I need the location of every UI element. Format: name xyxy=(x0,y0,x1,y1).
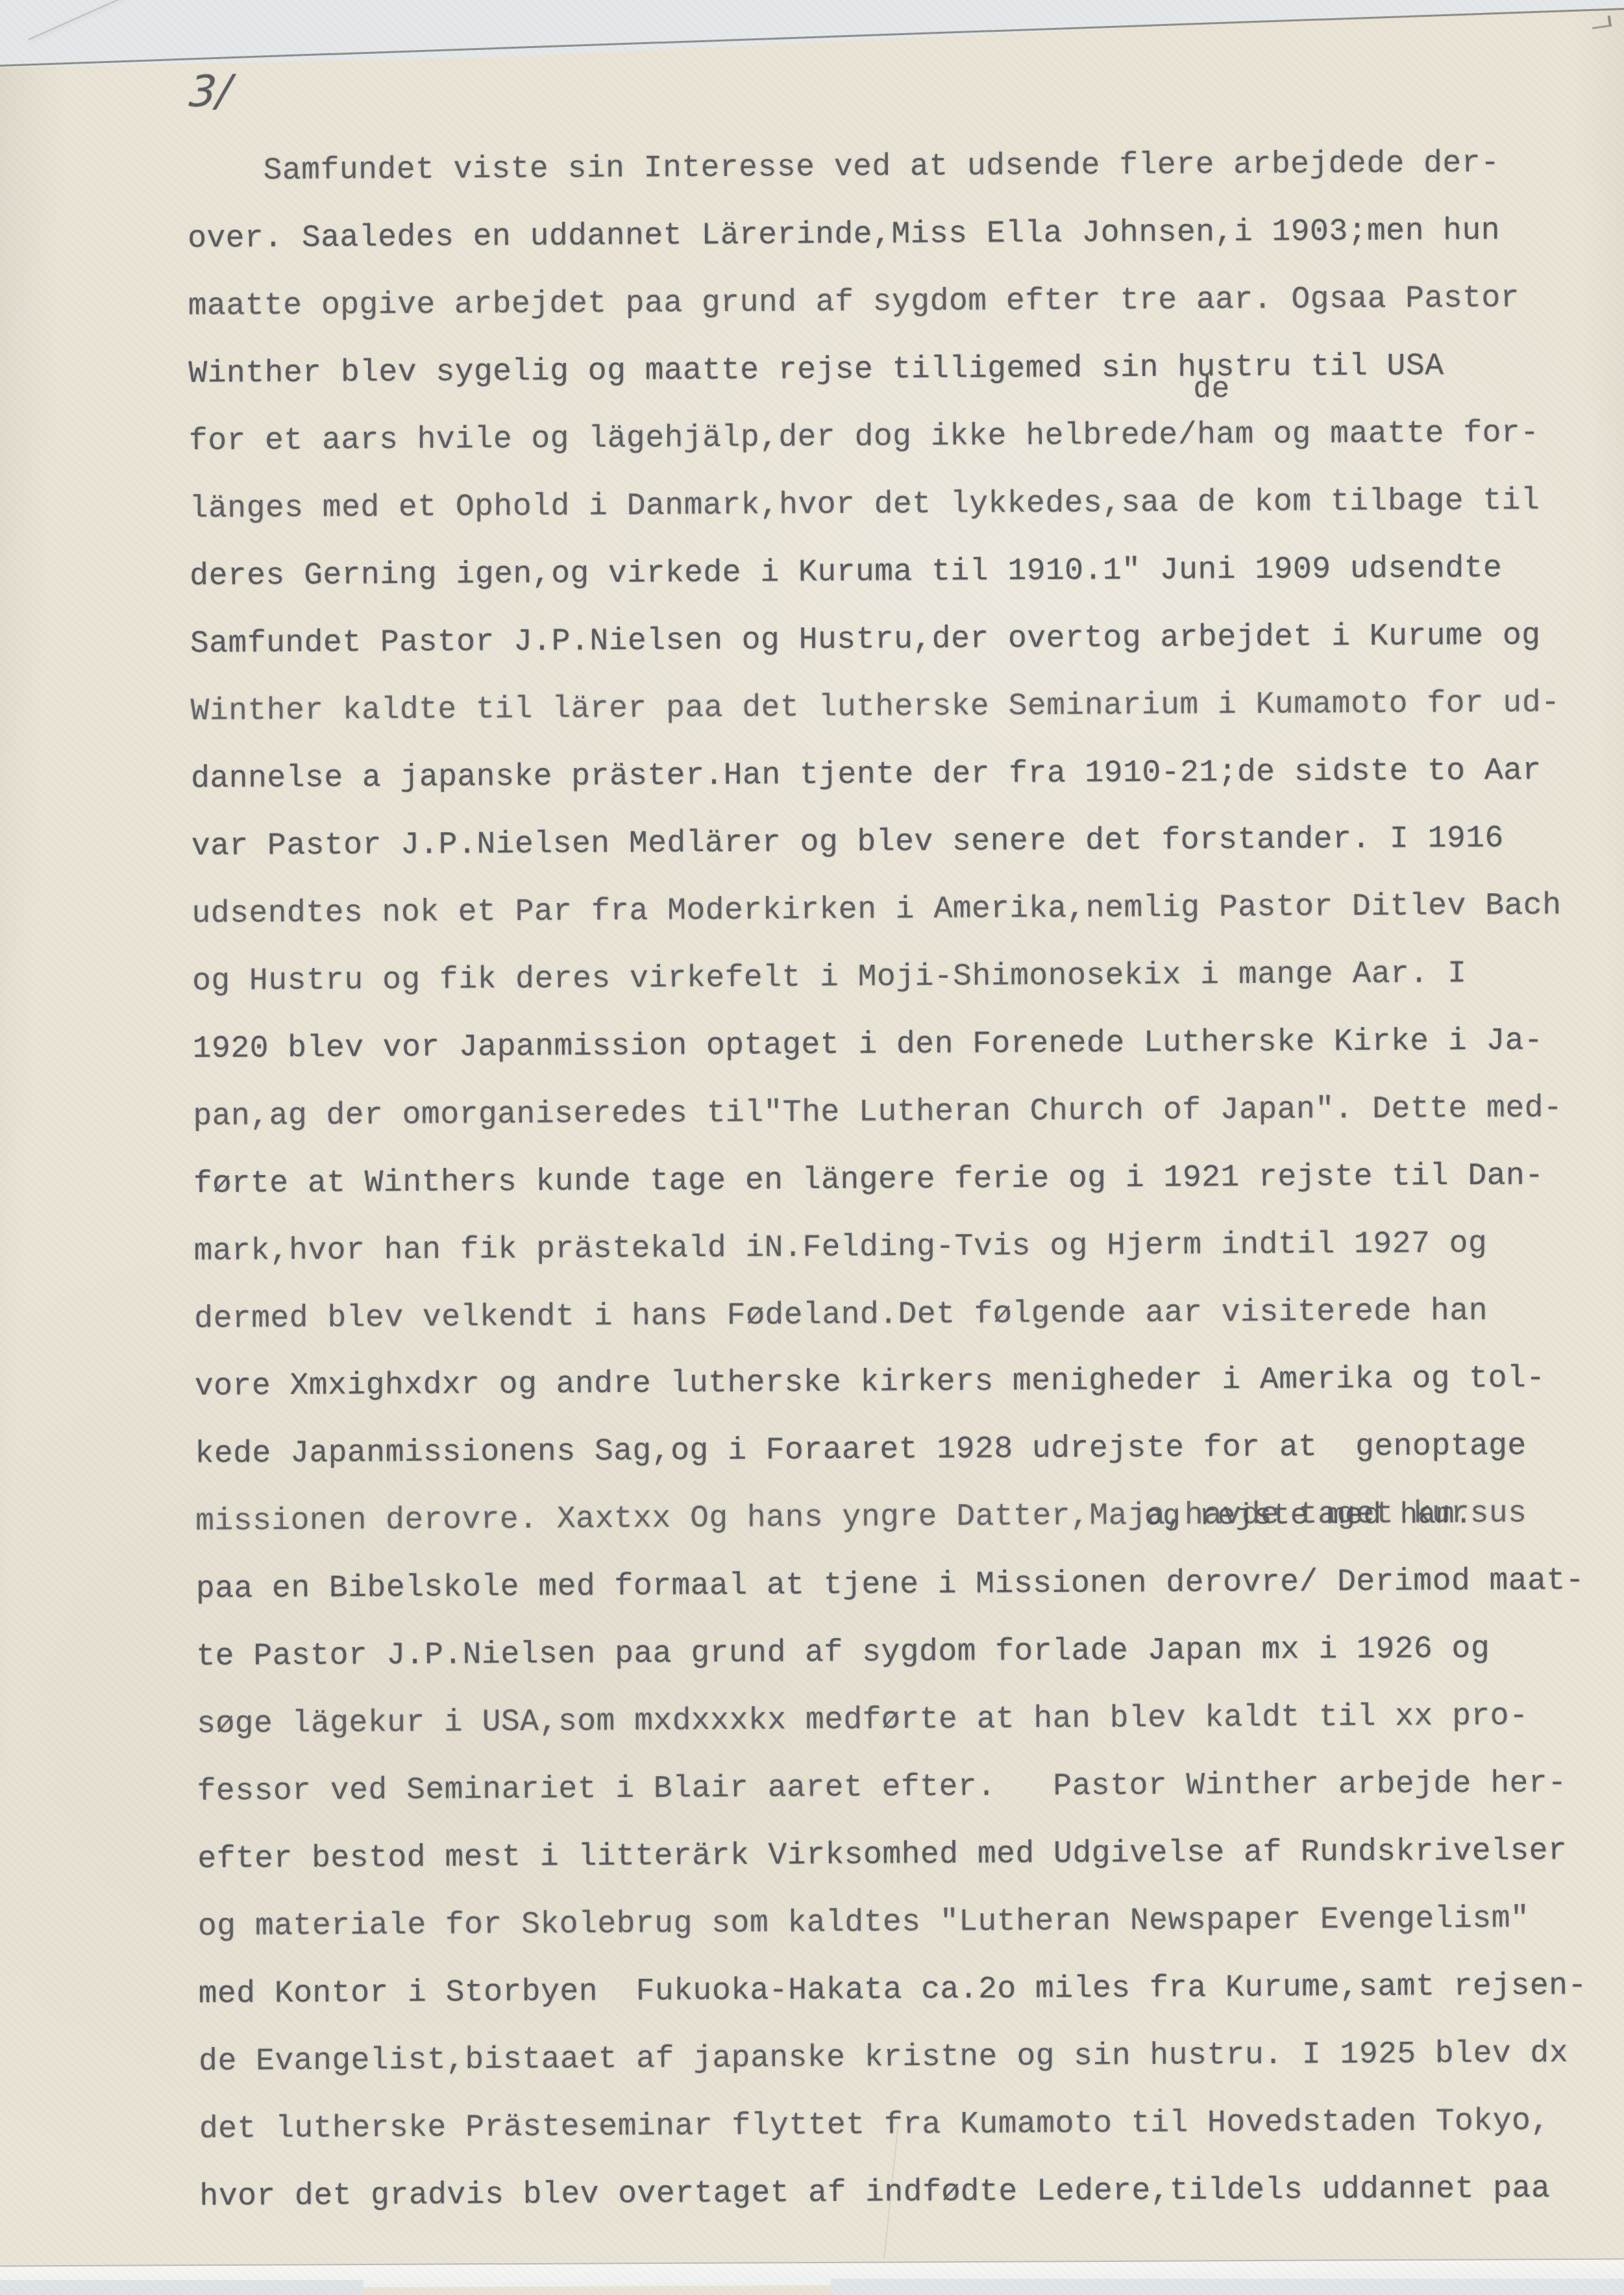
corner-mark xyxy=(1591,16,1612,29)
typewritten-line: Samfundet Pastor J.P.Nielsen og Hustru,d… xyxy=(190,602,1593,678)
typewritten-line: te Pastor J.P.Nielsen paa grund af sygdo… xyxy=(196,1615,1599,1691)
typewritten-line: paa en Bibelskole med formaal at tjene i… xyxy=(195,1547,1598,1623)
typewritten-line: fessor ved Seminariet i Blair aaret efte… xyxy=(197,1750,1599,1826)
interline-insertion-og-rejste-med-ham: og rejste med ham. xyxy=(1144,1498,1473,1533)
typewritten-line: udsendtes nok et Par fra Moderkirken i A… xyxy=(191,872,1594,948)
scanner-edge-bottom-right xyxy=(831,2279,1624,2295)
typewritten-line: for et aars hvile og lägehjälp,der dog i… xyxy=(189,399,1592,475)
typewritten-line: med Kontor i Storbyen Fukuoka-Hakata ca.… xyxy=(198,1952,1601,2028)
typewritten-line: Winther kaldte til lärer paa det luthers… xyxy=(190,669,1593,745)
typewritten-line: Samfundet viste sin Interesse ved at uds… xyxy=(187,129,1590,205)
page-number: 3/ xyxy=(188,69,233,114)
typewritten-line: deres Gerning igen,og virkede i Kuruma t… xyxy=(190,534,1592,610)
typewritten-line: dannelse a japanske präster.Han tjente d… xyxy=(191,737,1593,813)
typewritten-line: 1920 blev vor Japanmission optaget i den… xyxy=(192,1007,1595,1083)
typewritten-line: kede Japanmissionens Sag,og i Foraaret 1… xyxy=(195,1412,1597,1488)
typewritten-line: førte at Winthers kunde tage en längere … xyxy=(193,1142,1596,1218)
typewritten-line: pan,ag der omorganiseredes til"The Luthe… xyxy=(193,1074,1595,1150)
typewritten-line: over. Saaledes en uddannet Lärerinde,Mis… xyxy=(188,197,1590,273)
typewritten-line: hvor det gradvis blev overtaget af indfø… xyxy=(199,2155,1602,2231)
scanned-page: 3/ Samfundet viste sin Interesse ved at … xyxy=(0,0,1624,2295)
typewritten-line: det lutherske Prästeseminar flyttet fra … xyxy=(199,2087,1602,2163)
typewritten-line: Winther blev sygelig og maatte rejse til… xyxy=(188,332,1591,408)
typed-text-block: Samfundet viste sin Interesse ved at uds… xyxy=(187,129,1602,2231)
scanner-edge-bottom-left xyxy=(0,2280,363,2295)
typewritten-line: de Evangelist,bistaaet af japanske krist… xyxy=(199,2020,1601,2096)
typewritten-line: var Pastor J.P.Nielsen Medlärer og blev … xyxy=(191,804,1594,880)
typewritten-line: dermed blev velkendt i hans Fødeland.Det… xyxy=(194,1277,1597,1353)
typed-text-tilt-wrapper: Samfundet viste sin Interesse ved at uds… xyxy=(187,129,1602,2231)
typewritten-line: søge lägekur i USA,som mxdxxxkx medførte… xyxy=(197,1682,1599,1758)
typewritten-line: efter bestod mest i litterärk Virksomhed… xyxy=(197,1817,1600,1893)
typewritten-line: maatte opgive arbejdet paa grund af sygd… xyxy=(188,264,1590,340)
typewritten-line: länges med et Ophold i Danmark,hvor det … xyxy=(189,467,1592,543)
typewritten-line: vore Xmxighxdxr og andre lutherske kirke… xyxy=(195,1345,1597,1420)
interline-insertion-de: de xyxy=(1193,373,1230,405)
typewritten-line: og materiale for Skolebrug som kaldtes "… xyxy=(198,1885,1601,1961)
typewritten-line: og Hustru og fik deres virkefelt i Moji-… xyxy=(192,939,1595,1015)
typewritten-line: mark,hvor han fik prästekald iN.Felding-… xyxy=(193,1210,1596,1285)
